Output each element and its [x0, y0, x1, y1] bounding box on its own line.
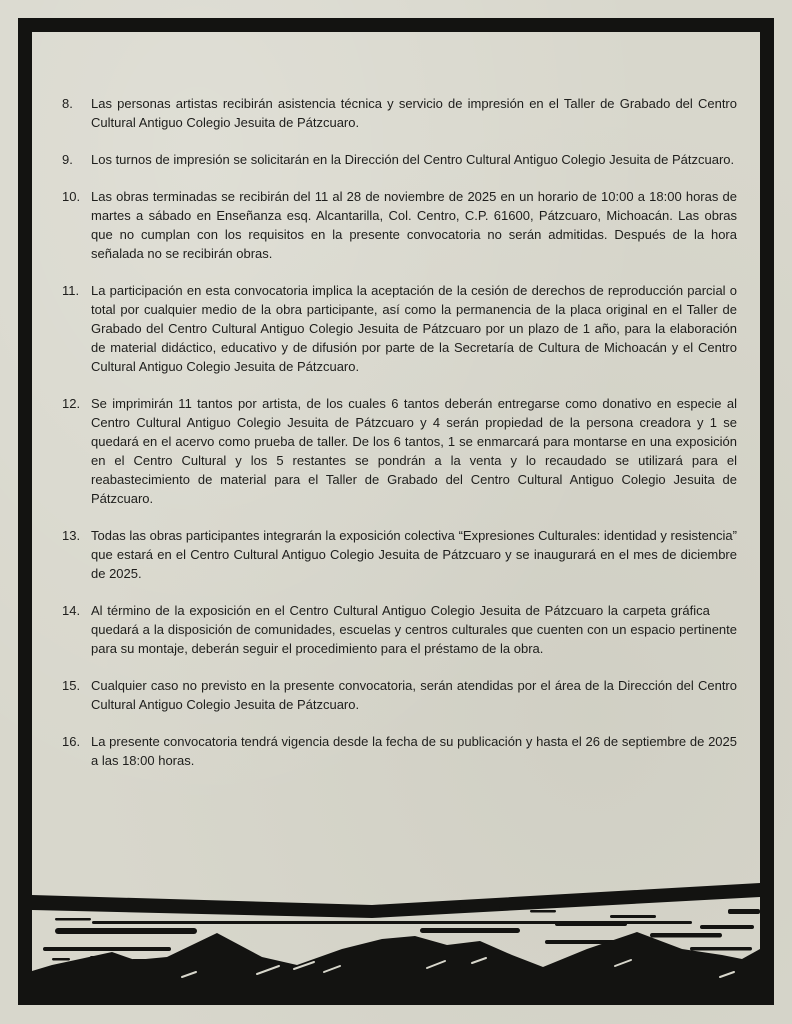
list-item: 15. Cualquier caso no previsto en la pre… [62, 676, 737, 714]
item-text: Las personas artistas recibirán asistenc… [91, 94, 737, 132]
numbered-list: 8. Las personas artistas recibirán asist… [32, 32, 760, 788]
item-number: 14. [62, 601, 91, 658]
item-text: La presente convocatoria tendrá vigencia… [91, 732, 737, 770]
item-number: 12. [62, 394, 91, 508]
item-text: Se imprimirán 11 tantos por artista, de … [91, 394, 737, 508]
item-number: 13. [62, 526, 91, 583]
mountain-silhouette [32, 932, 760, 991]
item-number: 11. [62, 281, 91, 376]
item-text: Al término de la exposición en el Centro… [91, 601, 737, 658]
list-item: 8. Las personas artistas recibirán asist… [62, 94, 737, 132]
item-number: 8. [62, 94, 91, 132]
item-number: 15. [62, 676, 91, 714]
list-item: 11. La participación en esta convocatori… [62, 281, 737, 376]
item-text: La participación en esta convocatoria im… [91, 281, 737, 376]
page-frame: 8. Las personas artistas recibirán asist… [18, 18, 774, 1005]
woodcut-lake-mountains-illustration [32, 879, 760, 991]
list-item: 14. Al término de la exposición en el Ce… [62, 601, 737, 658]
item-text: Las obras terminadas se recibirán del 11… [91, 187, 737, 263]
list-item: 16. La presente convocatoria tendrá vige… [62, 732, 737, 770]
item-number: 10. [62, 187, 91, 263]
scanned-document-page: { "document": { "language": "es", "items… [0, 0, 792, 1024]
item-number: 9. [62, 150, 91, 169]
item-text: Los turnos de impresión se solicitarán e… [91, 150, 737, 169]
item-text: Todas las obras participantes integrarán… [91, 526, 737, 583]
list-item: 12. Se imprimirán 11 tantos por artista,… [62, 394, 737, 508]
item-number: 16. [62, 732, 91, 770]
horizon-band [32, 883, 760, 918]
list-item: 9. Los turnos de impresión se solicitará… [62, 150, 737, 169]
item-text: Cualquier caso no previsto en la present… [91, 676, 737, 714]
list-item: 13. Todas las obras participantes integr… [62, 526, 737, 583]
list-item: 10. Las obras terminadas se recibirán de… [62, 187, 737, 263]
